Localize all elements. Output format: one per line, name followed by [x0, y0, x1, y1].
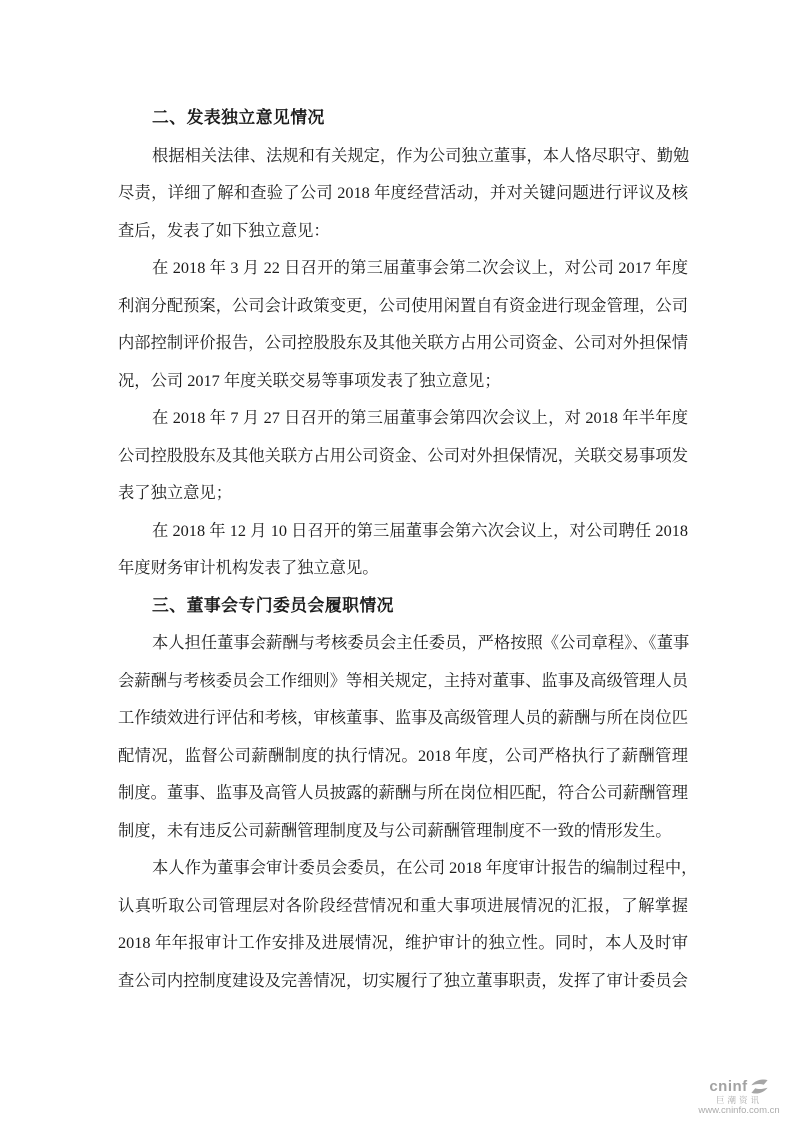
cninfo-logo: cninf 巨潮资讯 www.cninfo.com.cn	[691, 1078, 787, 1116]
text-line: 工作绩效进行评估和考核，审核董事、监事及高级管理人员的薪酬与所在岗位匹	[118, 699, 688, 737]
text-line: 况，公司 2017 年度关联交易等事项发表了独立意见；	[118, 362, 688, 400]
cninfo-brand-text: cninf	[709, 1079, 747, 1095]
text-line: 三、董事会专门委员会履职情况	[118, 587, 688, 625]
cninfo-url: www.cninfo.com.cn	[698, 1106, 779, 1116]
para-audit-committee: 本人作为董事会审计委员会委员，在公司 2018 年度审计报告的编制过程中，认真听…	[118, 849, 688, 999]
text-line: 查公司内控制度建设及完善情况，切实履行了独立董事职责，发挥了审计委员会	[118, 962, 688, 1000]
heading-special-committees: 三、董事会专门委员会履职情况	[118, 587, 688, 625]
text-line: 在 2018 年 7 月 27 日召开的第三届董事会第四次会议上，对 2018 …	[118, 399, 688, 437]
text-line: 本人作为董事会审计委员会委员，在公司 2018 年度审计报告的编制过程中，	[118, 849, 688, 887]
text-line: 认真听取公司管理层对各阶段经营情况和重大事项进展情况的汇报，了解掌握	[118, 887, 688, 925]
text-line: 内部控制评价报告，公司控股股东及其他关联方占用公司资金、公司对外担保情	[118, 324, 688, 362]
para-meeting-2018-12-10: 在 2018 年 12 月 10 日召开的第三届董事会第六次会议上，对公司聘任 …	[118, 512, 688, 587]
text-line: 利润分配预案，公司会计政策变更，公司使用闲置自有资金进行现金管理，公司	[118, 287, 688, 325]
text-line: 会薪酬与考核委员会工作细则》等相关规定，主持对董事、监事及高级管理人员	[118, 662, 688, 700]
text-line: 根据相关法律、法规和有关规定，作为公司独立董事，本人恪尽职守、勤勉	[118, 137, 688, 175]
para-duty-basis: 根据相关法律、法规和有关规定，作为公司独立董事，本人恪尽职守、勤勉尽责，详细了解…	[118, 137, 688, 250]
text-line: 表了独立意见；	[118, 474, 688, 512]
text-line: 在 2018 年 3 月 22 日召开的第三届董事会第二次会议上，对公司 201…	[118, 249, 688, 287]
para-meeting-2018-03-22: 在 2018 年 3 月 22 日召开的第三届董事会第二次会议上，对公司 201…	[118, 249, 688, 399]
para-meeting-2018-07-27: 在 2018 年 7 月 27 日召开的第三届董事会第四次会议上，对 2018 …	[118, 399, 688, 512]
para-remuneration-committee: 本人担任董事会薪酬与考核委员会主任委员，严格按照《公司章程》、《董事会薪酬与考核…	[118, 624, 688, 849]
text-line: 配情况，监督公司薪酬制度的执行情况。2018 年度，公司严格执行了薪酬管理	[118, 737, 688, 775]
text-line: 制度，未有违反公司薪酬管理制度及与公司薪酬管理制度不一致的情形发生。	[118, 812, 688, 850]
text-line: 查后，发表了如下独立意见：	[118, 212, 688, 250]
text-line: 制度。董事、监事及高管人员披露的薪酬与所在岗位相匹配，符合公司薪酬管理	[118, 774, 688, 812]
document-body: 二、发表独立意见情况根据相关法律、法规和有关规定，作为公司独立董事，本人恪尽职守…	[118, 99, 688, 999]
text-line: 公司控股股东及其他关联方占用公司资金、公司对外担保情况，关联交易事项发	[118, 437, 688, 475]
text-line: 本人担任董事会薪酬与考核委员会主任委员，严格按照《公司章程》、《董事	[118, 624, 688, 662]
text-line: 二、发表独立意见情况	[118, 99, 688, 137]
text-line: 尽责，详细了解和查验了公司 2018 年度经营活动，并对关键问题进行评议及核	[118, 174, 688, 212]
text-line: 在 2018 年 12 月 10 日召开的第三届董事会第六次会议上，对公司聘任 …	[118, 512, 688, 550]
cninfo-chinese-name: 巨潮资讯	[716, 1096, 762, 1105]
cninfo-swoosh-icon	[750, 1078, 769, 1095]
text-line: 2018 年年报审计工作安排及进展情况，维护审计的独立性。同时，本人及时审	[118, 924, 688, 962]
heading-independent-opinions: 二、发表独立意见情况	[118, 99, 688, 137]
cninfo-brand-row: cninf	[709, 1078, 768, 1095]
text-line: 年度财务审计机构发表了独立意见。	[118, 549, 688, 587]
document-page: 二、发表独立意见情况根据相关法律、法规和有关规定，作为公司独立董事，本人恪尽职守…	[0, 0, 793, 1122]
